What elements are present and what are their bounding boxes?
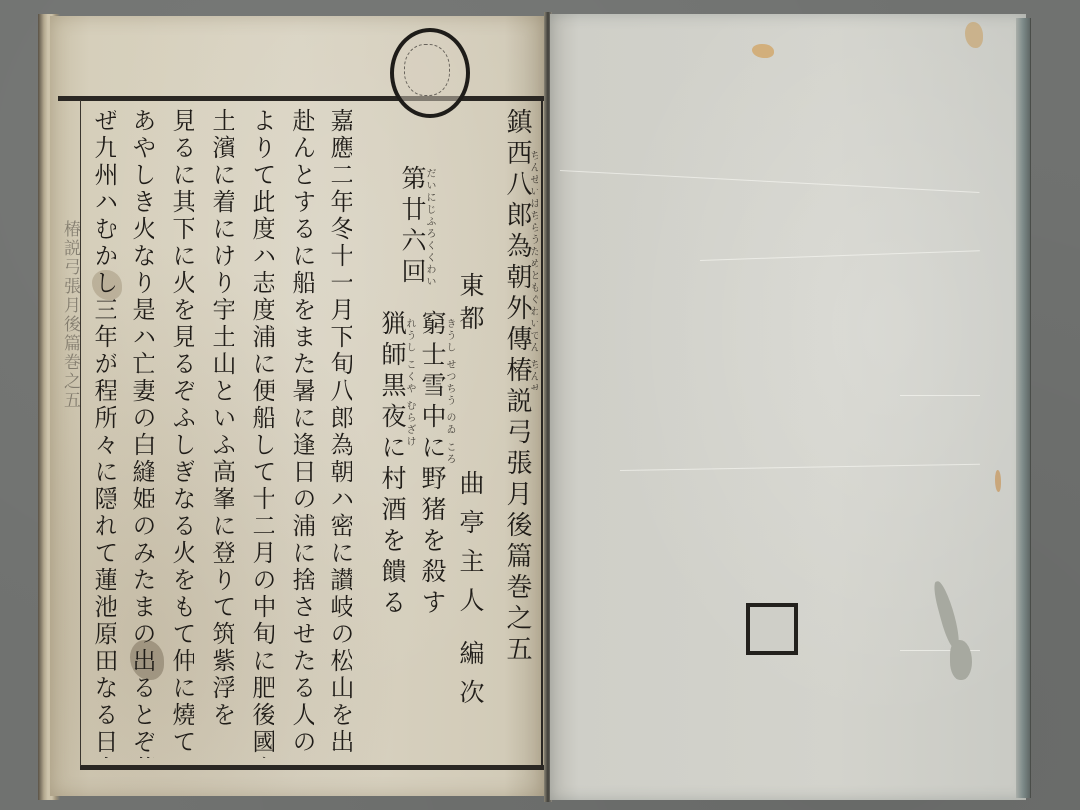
body-column-3: よりて此度ハ志度浦に便船して十二月の中旬に肥後國宇土郡宇 xyxy=(250,108,274,758)
cover-edge xyxy=(1016,18,1031,798)
body-column-6: あやしき火なり是ハ亡妻の白縫姫のみたまの出るとぞ薄き xyxy=(130,108,154,758)
hashira-title: 椿説弓張月後篇巻之五 xyxy=(58,220,83,410)
chapter-title-line-1: 窮士雪中に野猪を殺す xyxy=(420,310,445,620)
print-frame-left xyxy=(80,100,81,766)
body-column-7: ぜ九州ハむかし三年が程所々に隠れて蓮池原田なる日向を出る xyxy=(92,108,116,758)
chapter-heading: 第廿六回 xyxy=(400,165,425,289)
hashira-margin: 椿説弓張月後篇巻之五 xyxy=(56,100,80,760)
foxing-stain xyxy=(965,22,983,48)
round-seal-icon xyxy=(390,28,470,118)
right-page xyxy=(550,14,1026,800)
print-frame-top xyxy=(58,96,544,101)
author-place: 東都 xyxy=(458,272,483,338)
paper-crease xyxy=(900,395,980,396)
chapter-heading-ruby: だいにじふろくくわい xyxy=(424,168,434,288)
title-ruby: ちんぜいはちらうためともぐわいでん ちんせつゆみはりづきこうへん xyxy=(528,150,538,390)
paper-damage xyxy=(950,640,972,680)
body-column-5: 見るに其下に火を見るぞふしぎなる火をもて仲に燒て xyxy=(170,108,194,758)
body-column-4: 土濱に着にけり宇土山といふ高峯に登りて筑紫浮を xyxy=(210,108,234,758)
chapter-title-ruby-2: れうし こくや むらざけ xyxy=(404,318,414,448)
foxing-stain xyxy=(995,470,1001,492)
chapter-title-line-2: 猟師黒夜に村酒を饋る xyxy=(380,310,405,620)
seal-face xyxy=(750,607,794,651)
ownership-seal-icon xyxy=(746,603,798,655)
print-frame-bottom xyxy=(80,765,544,770)
book-title: 鎮西八郎為朝外傳椿説弓張月後篇巻之五 xyxy=(504,108,530,666)
foxing-stain xyxy=(752,44,774,58)
chapter-title-ruby-1: きうし せつちう のゐ ころ xyxy=(444,318,454,466)
body-column-2: 赴んとするに船をまた暑に逢日の浦に捨させたる人のために得させり xyxy=(290,108,314,758)
print-frame-right xyxy=(541,96,543,770)
author-name: 曲亭主人 xyxy=(458,470,483,626)
author-credit: 編次 xyxy=(458,640,483,718)
body-column-1: 嘉應二年冬十一月下旬八郎為朝ハ密に讃岐の松山を出て肥後國へ xyxy=(328,108,352,758)
